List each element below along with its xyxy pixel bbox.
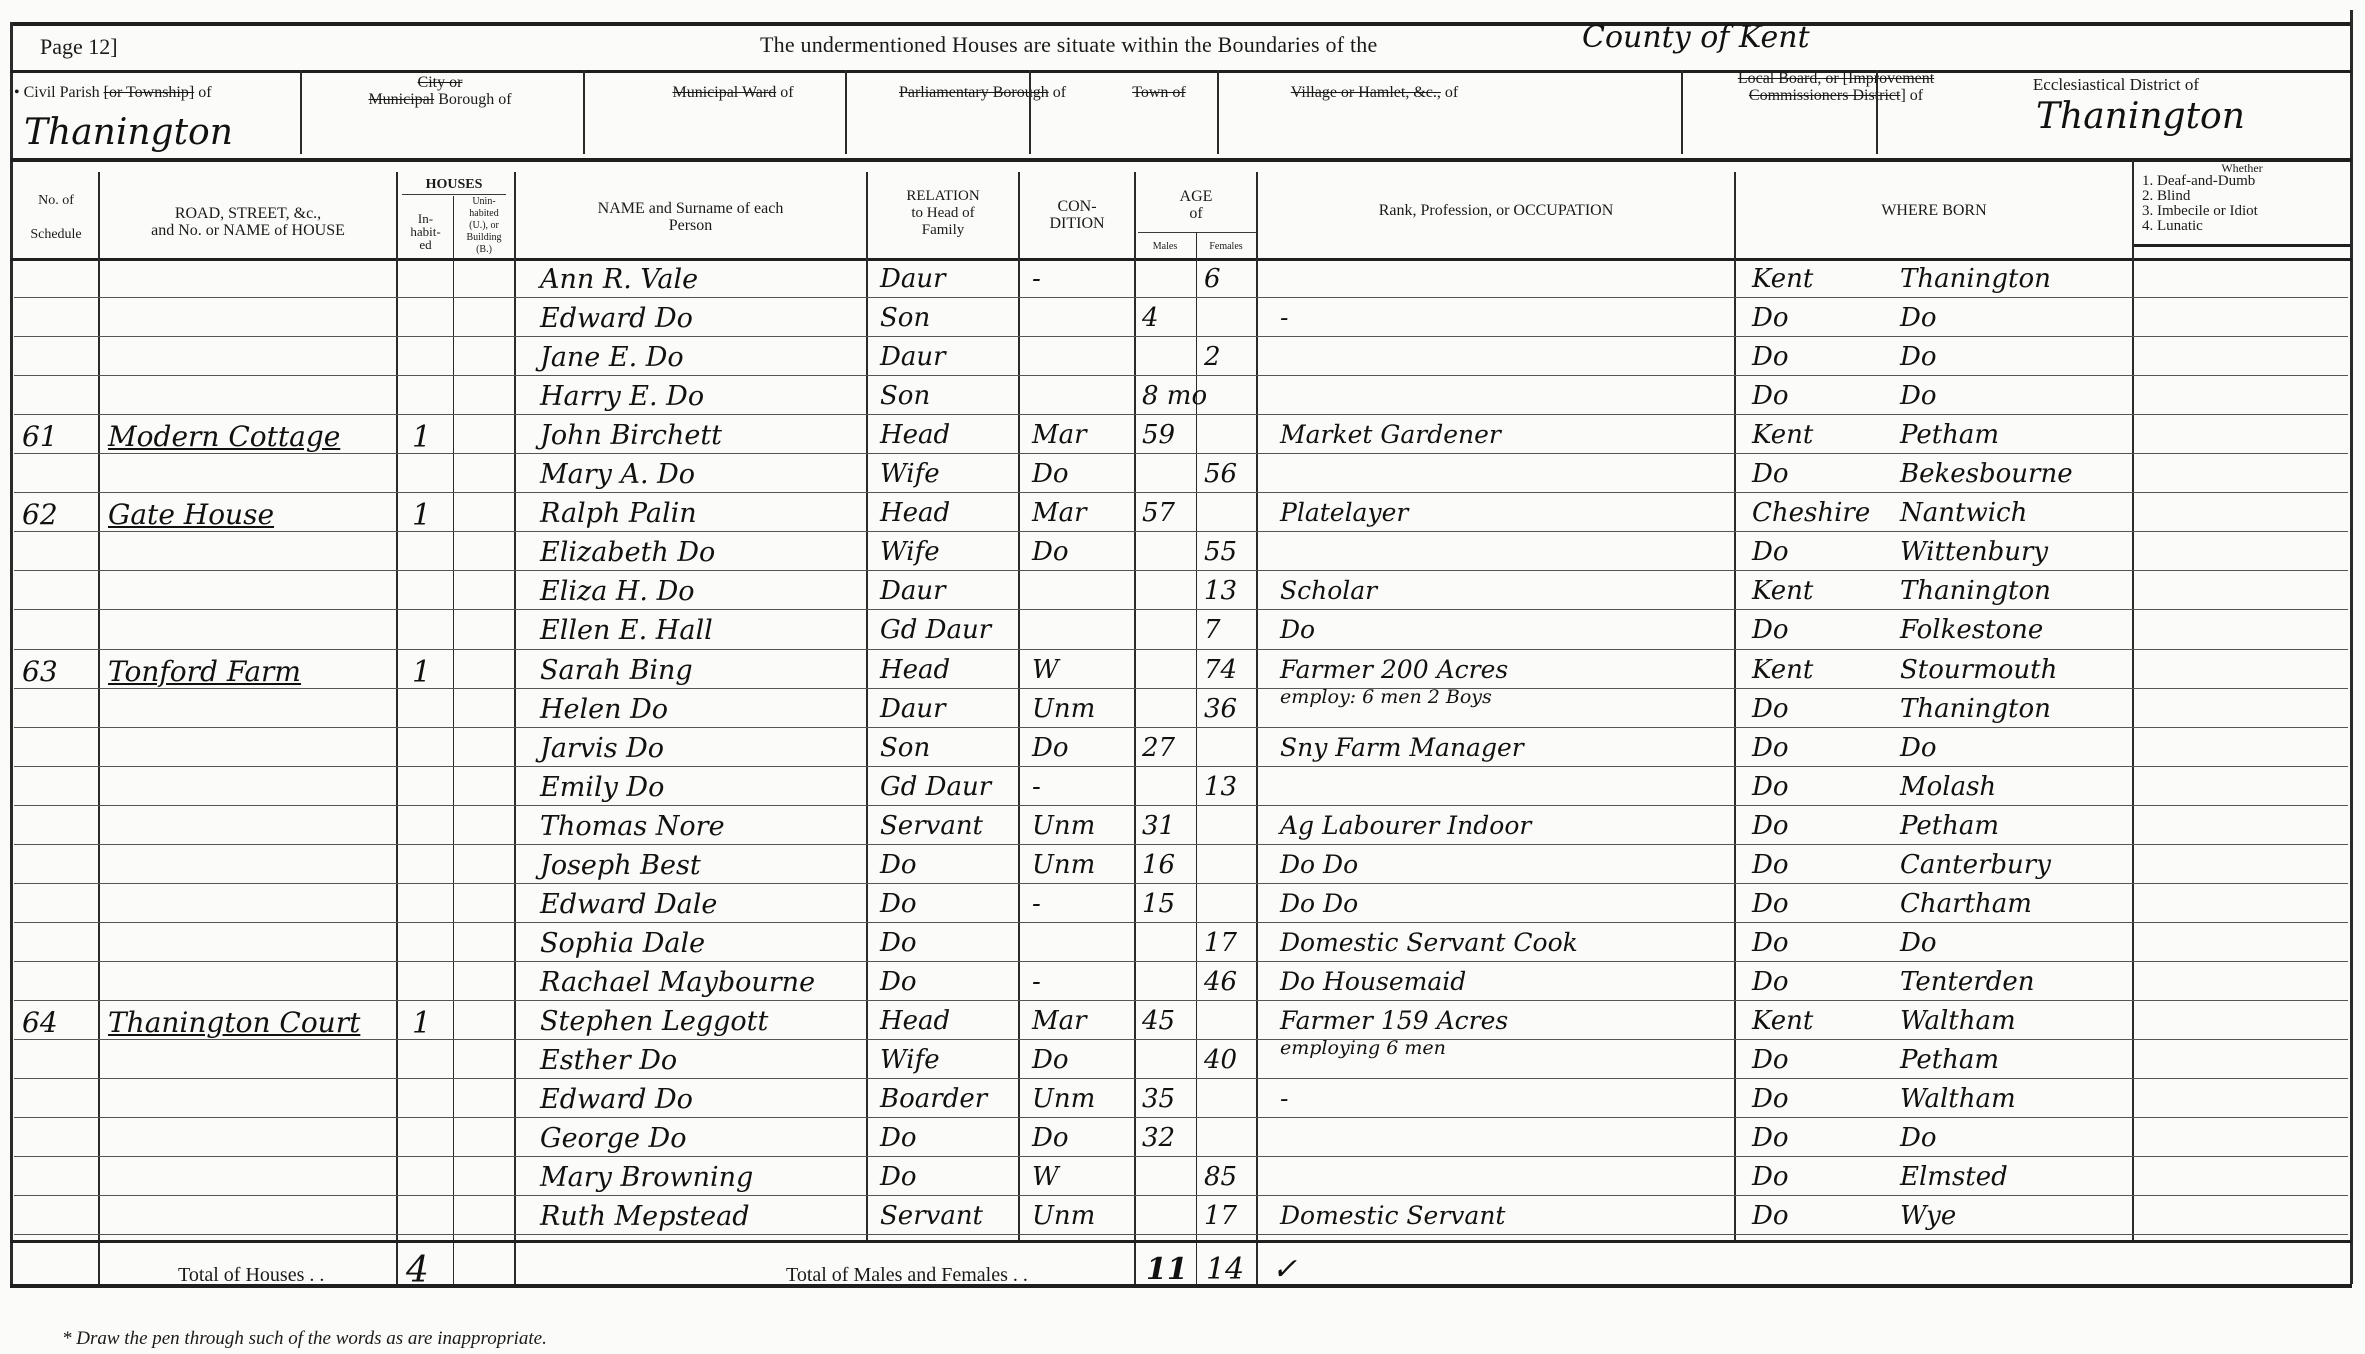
inhabited-count: 1 xyxy=(412,1006,431,1041)
age-female: 17 xyxy=(1204,928,1237,958)
born-place: Waltham xyxy=(1900,1084,2016,1114)
age-female: 40 xyxy=(1204,1045,1237,1075)
person-name: Harry E. Do xyxy=(540,381,704,412)
footnote: * Draw the pen through such of the words… xyxy=(62,1328,547,1350)
col-where-born: WHERE BORN xyxy=(1736,202,2132,219)
relation: Do xyxy=(880,967,917,997)
born-county: Do xyxy=(1752,1084,1789,1114)
born-county: Do xyxy=(1752,850,1789,880)
born-place: Petham xyxy=(1900,420,1999,450)
rule xyxy=(2132,160,2134,1242)
age-male: 32 xyxy=(1142,1123,1175,1153)
born-place: Nantwich xyxy=(1900,498,2027,528)
municipal-ward-label: Municipal Ward of xyxy=(583,84,883,101)
condition: Unm xyxy=(1032,1084,1095,1114)
col-schedule: No. ofSchedule xyxy=(12,192,100,243)
house-name: Thanington Court xyxy=(108,1006,360,1039)
occupation: employ: 6 men 2 Boys xyxy=(1280,686,1492,708)
relation: Head xyxy=(880,655,950,685)
born-place: Elmsted xyxy=(1900,1162,2008,1192)
relation: Servant xyxy=(880,811,983,841)
col-inhabited: In-habit-ed xyxy=(398,212,453,251)
occupation: Do xyxy=(1280,615,1315,644)
rule xyxy=(866,172,868,1242)
title-divider xyxy=(10,70,2352,73)
row-rule xyxy=(14,531,2348,532)
relation: Gd Daur xyxy=(880,615,991,645)
page-label: Page 12] xyxy=(40,34,118,60)
divider xyxy=(583,70,585,154)
row-rule xyxy=(14,1039,2348,1040)
relation: Do xyxy=(880,1162,917,1192)
born-county: Do xyxy=(1752,889,1789,919)
row-rule xyxy=(14,1117,2348,1118)
total-males-value: 11 xyxy=(1146,1252,1188,1287)
born-county: Kent xyxy=(1752,655,1813,685)
condition: Do xyxy=(1032,733,1069,763)
age-female: 55 xyxy=(1204,537,1237,567)
born-county: Do xyxy=(1752,967,1789,997)
condition: Do xyxy=(1032,537,1069,567)
row-rule xyxy=(14,883,2348,884)
condition: Unm xyxy=(1032,811,1095,841)
born-place: Do xyxy=(1900,303,1937,333)
person-name: Helen Do xyxy=(540,694,668,725)
bottom-border xyxy=(10,1284,2352,1288)
born-county: Do xyxy=(1752,1123,1789,1153)
born-county: Kent xyxy=(1752,420,1813,450)
person-name: Thomas Nore xyxy=(540,811,725,842)
occupation: Domestic Servant Cook xyxy=(1280,928,1578,957)
born-place: Canterbury xyxy=(1900,850,2051,880)
col-uninhabited: Unin-habited(U.), orBuilding(B.) xyxy=(455,196,513,256)
occupation: Farmer 200 Acres xyxy=(1280,655,1508,684)
ecclesiastical-district-label: Ecclesiastical District of xyxy=(1876,76,2356,93)
born-place: Thanington xyxy=(1900,694,2051,724)
born-county: Do xyxy=(1752,459,1789,489)
person-name: Elizabeth Do xyxy=(540,537,715,568)
age-female: 13 xyxy=(1204,772,1237,802)
person-name: Edward Dale xyxy=(540,889,717,920)
occupation: Market Gardener xyxy=(1280,420,1501,449)
born-place: Molash xyxy=(1900,772,1996,802)
person-name: John Birchett xyxy=(540,420,722,451)
borough-label: City orMunicipal Borough of xyxy=(300,74,580,108)
condition: W xyxy=(1032,655,1059,685)
born-county: Do xyxy=(1752,772,1789,802)
born-place: Do xyxy=(1900,342,1937,372)
col-relation: RELATIONto Head ofFamily xyxy=(868,188,1018,239)
totals-top-rule xyxy=(10,1240,2352,1243)
relation: Daur xyxy=(880,342,946,372)
born-county: Do xyxy=(1752,381,1789,411)
col-infirmity-list: 1. Deaf-and-Dumb 2. Blind 3. Imbecile or… xyxy=(2142,174,2258,234)
house-name: Modern Cottage xyxy=(108,420,340,453)
born-place: Chartham xyxy=(1900,889,2032,919)
row-rule xyxy=(14,805,2348,806)
relation: Servant xyxy=(880,1201,983,1231)
relation: Daur xyxy=(880,576,946,606)
born-county: Kent xyxy=(1752,576,1813,606)
county-name: County of Kent xyxy=(1582,20,1810,55)
born-county: Do xyxy=(1752,1045,1789,1075)
row-rule xyxy=(14,297,2348,298)
occupation: Do Do xyxy=(1280,850,1358,879)
age-female: 36 xyxy=(1204,694,1237,724)
relation: Wife xyxy=(880,537,940,567)
relation: Son xyxy=(880,303,930,333)
person-name: Ellen E. Hall xyxy=(540,615,713,646)
age-female: 13 xyxy=(1204,576,1237,606)
occupation: - xyxy=(1280,303,1288,332)
age-male: 4 xyxy=(1142,303,1159,333)
age-female: 6 xyxy=(1204,264,1221,294)
occupation: Platelayer xyxy=(1280,498,1408,527)
inhabited-count: 1 xyxy=(412,655,431,690)
village-label: Village or Hamlet, &c., of xyxy=(1217,84,1532,101)
rule xyxy=(453,196,454,1284)
person-name: Jane E. Do xyxy=(540,342,684,373)
row-rule xyxy=(14,961,2348,962)
row-rule xyxy=(14,570,2348,571)
row-rule xyxy=(14,609,2348,610)
age-female: 7 xyxy=(1204,615,1221,645)
relation: Son xyxy=(880,381,930,411)
row-rule xyxy=(14,649,2348,650)
infirmity-2: 2. Blind xyxy=(2142,189,2258,204)
age-female: 46 xyxy=(1204,967,1237,997)
condition: Unm xyxy=(1032,1201,1095,1231)
condition: - xyxy=(1032,889,1041,919)
age-female: 85 xyxy=(1204,1162,1237,1192)
age-male: 31 xyxy=(1142,811,1175,841)
born-county: Do xyxy=(1752,1162,1789,1192)
age-male: 16 xyxy=(1142,850,1175,880)
row-rule xyxy=(14,766,2348,767)
condition: Unm xyxy=(1032,694,1095,724)
infirmity-3: 3. Imbecile or Idiot xyxy=(2142,204,2258,219)
row-rule xyxy=(14,922,2348,923)
person-name: Joseph Best xyxy=(540,850,701,881)
age-female: 74 xyxy=(1204,655,1237,685)
infirmity-1: 1. Deaf-and-Dumb xyxy=(2142,174,2258,189)
occupation: - xyxy=(1280,1084,1288,1113)
relation: Do xyxy=(880,889,917,919)
schedule-number: 64 xyxy=(22,1006,58,1039)
occupation: Sny Farm Manager xyxy=(1280,733,1524,762)
born-county: Do xyxy=(1752,811,1789,841)
relation: Boarder xyxy=(880,1084,987,1114)
condition: Mar xyxy=(1032,498,1087,528)
age-female: 17 xyxy=(1204,1201,1237,1231)
house-name: Gate House xyxy=(108,498,274,531)
born-place: Bekesbourne xyxy=(1900,459,2073,489)
civil-parish-label: • Civil Parish [or Township] of xyxy=(14,84,300,101)
row-rule xyxy=(14,1156,2348,1157)
condition: - xyxy=(1032,967,1041,997)
col-occupation: Rank, Profession, or OCCUPATION xyxy=(1258,202,1734,219)
age-male: 45 xyxy=(1142,1006,1175,1036)
relation: Gd Daur xyxy=(880,772,991,802)
born-place: Wye xyxy=(1900,1201,1956,1231)
age-female: 56 xyxy=(1204,459,1237,489)
age-male: 27 xyxy=(1142,733,1175,763)
age-female: 2 xyxy=(1204,342,1221,372)
age-male: 15 xyxy=(1142,889,1175,919)
age-male: 8 mo xyxy=(1142,381,1194,411)
relation: Do xyxy=(880,928,917,958)
person-name: Sophia Dale xyxy=(540,928,705,959)
born-place: Thanington xyxy=(1900,264,2051,294)
born-county: Do xyxy=(1752,928,1789,958)
condition: W xyxy=(1032,1162,1059,1192)
born-place: Do xyxy=(1900,381,1937,411)
page-title: The undermentioned Houses are situate wi… xyxy=(760,32,1377,58)
relation: Daur xyxy=(880,694,946,724)
person-name: Emily Do xyxy=(540,772,664,803)
born-place: Petham xyxy=(1900,1045,1999,1075)
schedule-number: 62 xyxy=(22,498,58,531)
person-name: Sarah Bing xyxy=(540,655,693,686)
born-place: Folkestone xyxy=(1900,615,2043,645)
row-rule xyxy=(14,1000,2348,1001)
col-houses-title: HOUSES xyxy=(396,176,512,193)
col-road: ROAD, STREET, &c.,and No. or NAME of HOU… xyxy=(100,205,396,239)
right-border xyxy=(2350,10,2353,1284)
condition: Mar xyxy=(1032,420,1087,450)
born-place: Waltham xyxy=(1900,1006,2016,1036)
occupation: Domestic Servant xyxy=(1280,1201,1505,1230)
condition: Mar xyxy=(1032,1006,1087,1036)
born-county: Cheshire xyxy=(1752,498,1870,528)
occupation: employing 6 men xyxy=(1280,1037,1446,1059)
person-name: Edward Do xyxy=(540,303,693,334)
person-name: Rachael Maybourne xyxy=(540,967,815,998)
relation: Wife xyxy=(880,459,940,489)
row-rule xyxy=(14,375,2348,376)
condition: - xyxy=(1032,264,1041,294)
ecclesiastical-district-value: Thanington xyxy=(2036,96,2245,137)
born-place: Do xyxy=(1900,1123,1937,1153)
born-place: Tenterden xyxy=(1900,967,2035,997)
occupation: Do Do xyxy=(1280,889,1358,918)
relation: Head xyxy=(880,420,950,450)
occupation: Scholar xyxy=(1280,576,1377,605)
row-rule xyxy=(14,336,2348,337)
age-male: 59 xyxy=(1142,420,1175,450)
born-county: Do xyxy=(1752,615,1789,645)
born-county: Do xyxy=(1752,733,1789,763)
born-county: Kent xyxy=(1752,1006,1813,1036)
row-rule xyxy=(14,844,2348,845)
relation: Wife xyxy=(880,1045,940,1075)
born-county: Do xyxy=(1752,342,1789,372)
col-age-females: Females xyxy=(1196,238,1256,255)
person-name: Mary A. Do xyxy=(540,459,695,490)
schedule-number: 61 xyxy=(22,420,58,453)
condition: Do xyxy=(1032,1045,1069,1075)
born-county: Do xyxy=(1752,1201,1789,1231)
col-age-males: Males xyxy=(1136,238,1194,255)
born-county: Do xyxy=(1752,303,1789,333)
person-name: Eliza H. Do xyxy=(540,576,695,607)
condition: - xyxy=(1032,772,1041,802)
born-place: Wittenbury xyxy=(1900,537,2048,567)
rule xyxy=(1734,172,1736,1242)
born-place: Stourmouth xyxy=(1900,655,2057,685)
relation: Do xyxy=(880,1123,917,1153)
born-county: Kent xyxy=(1752,264,1813,294)
occupation: Farmer 159 Acres xyxy=(1280,1006,1508,1035)
col-condition: CON-DITION xyxy=(1020,198,1134,232)
header-bottom-rule xyxy=(10,258,2352,261)
condition: Do xyxy=(1032,1123,1069,1153)
born-county: Do xyxy=(1752,537,1789,567)
person-name: Esther Do xyxy=(540,1045,677,1076)
total-females-value: 14 xyxy=(1206,1252,1244,1287)
relation: Do xyxy=(880,850,917,880)
row-rule xyxy=(14,1078,2348,1079)
col-name: NAME and Surname of eachPerson xyxy=(516,200,865,234)
born-place: Thanington xyxy=(1900,576,2051,606)
row-rule xyxy=(14,727,2348,728)
row-rule xyxy=(14,492,2348,493)
row-rule xyxy=(14,453,2348,454)
person-name: Ann R. Vale xyxy=(540,264,698,295)
row-rule xyxy=(14,414,2348,415)
person-name: Mary Browning xyxy=(540,1162,753,1193)
divider xyxy=(1217,70,1219,154)
inhabited-count: 1 xyxy=(412,498,431,533)
condition: Do xyxy=(1032,459,1069,489)
schedule-number: 63 xyxy=(22,655,58,688)
person-name: Ruth Mepstead xyxy=(540,1201,750,1232)
person-name: Edward Do xyxy=(540,1084,693,1115)
age-subdivider xyxy=(1138,232,1256,233)
row-rule xyxy=(14,1195,2348,1196)
top-border xyxy=(10,22,2352,26)
col-age: AGEof xyxy=(1136,188,1256,222)
relation: Daur xyxy=(880,264,946,294)
age-male: 35 xyxy=(1142,1084,1175,1114)
divider xyxy=(1029,70,1031,154)
person-name: Stephen Leggott xyxy=(540,1006,768,1037)
born-place: Do xyxy=(1900,733,1937,763)
house-name: Tonford Farm xyxy=(108,655,301,688)
person-name: Ralph Palin xyxy=(540,498,697,529)
civil-parish-value: Thanington xyxy=(24,112,233,153)
born-place: Do xyxy=(1900,928,1937,958)
relation: Son xyxy=(880,733,930,763)
person-name: Jarvis Do xyxy=(540,733,664,764)
row-rule xyxy=(14,1234,2348,1235)
houses-underline xyxy=(402,194,506,195)
occupation: Ag Labourer Indoor xyxy=(1280,811,1531,840)
relation: Head xyxy=(880,498,950,528)
divider xyxy=(845,70,847,154)
row-rule xyxy=(14,688,2348,689)
rule xyxy=(1018,172,1020,1242)
infirmity-underline xyxy=(2134,244,2350,247)
condition: Unm xyxy=(1032,850,1095,880)
relation: Head xyxy=(880,1006,950,1036)
inhabited-count: 1 xyxy=(412,420,431,455)
district-divider xyxy=(10,158,2352,162)
born-county: Do xyxy=(1752,694,1789,724)
age-male: 57 xyxy=(1142,498,1175,528)
census-sheet: Page 12] The undermentioned Houses are s… xyxy=(0,0,2365,1354)
person-name: George Do xyxy=(540,1123,686,1154)
born-place: Petham xyxy=(1900,811,1999,841)
infirmity-4: 4. Lunatic xyxy=(2142,219,2258,234)
occupation: Do Housemaid xyxy=(1280,967,1466,996)
check-mark: ✓ xyxy=(1272,1252,1297,1287)
